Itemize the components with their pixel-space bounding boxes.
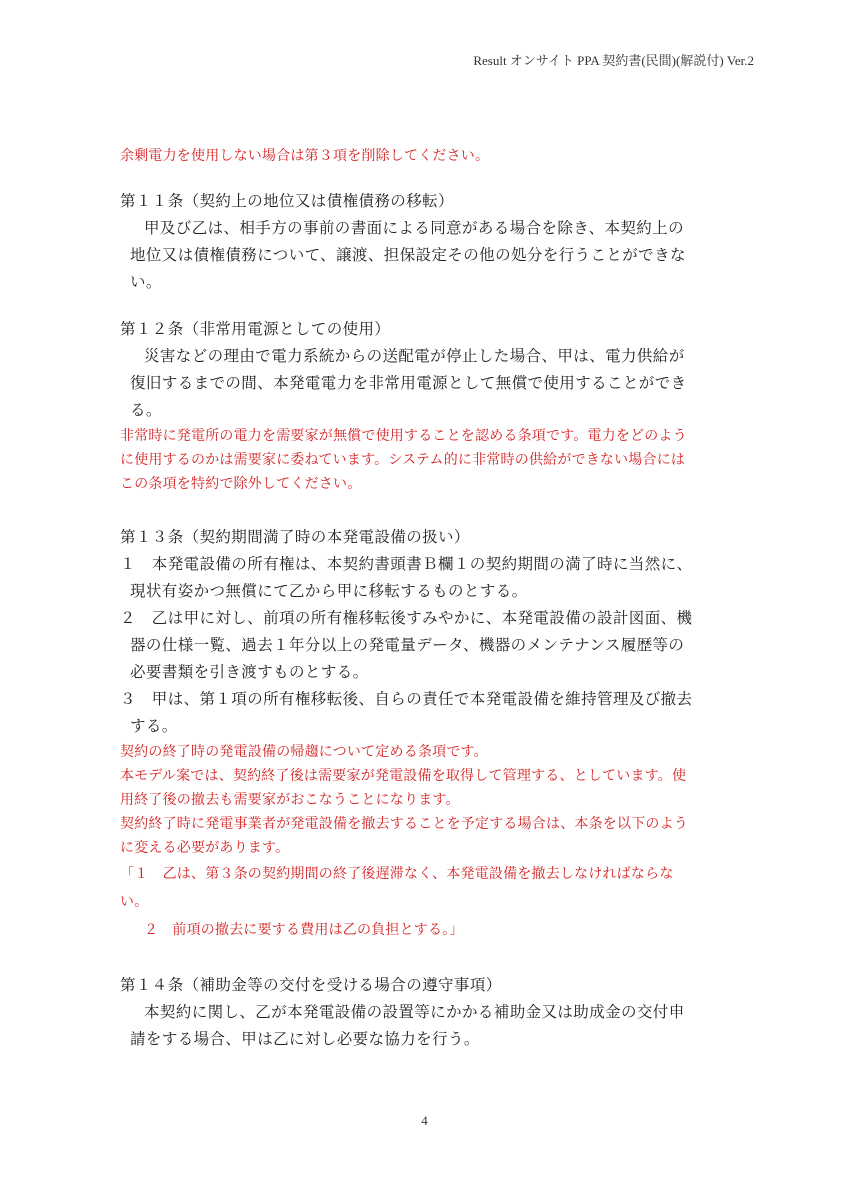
article-14-text: 請をする場合、甲は乙に対し必要な協力を行う。 [120, 1026, 730, 1053]
article-12-note: に使用するのかは需要家に委ねています。システム的に非常時の供給ができない場合には [120, 448, 730, 472]
article-11-text: い。 [120, 269, 730, 296]
page-number: 4 [0, 1113, 849, 1129]
article-13-item: 現状有姿かつ無償にて乙から甲に移転するものとする。 [120, 578, 730, 605]
article-12-text: 復旧するまでの間、本発電電力を非常用電源として無償で使用することができ [120, 370, 730, 397]
article-13-note: 用終了後の撤去も需要家がおこなうことになります。 [120, 788, 730, 812]
page-header: Result オンサイト PPA 契約書(民間)(解説付) Ver.2 [473, 50, 754, 69]
article-14-text: 本契約に関し、乙が本発電設備の設置等にかかる補助金又は助成金の交付申 [120, 999, 730, 1026]
article-12-text: 災害などの理由で電力系統からの送配電が停止した場合、甲は、電力供給が [120, 343, 730, 370]
article-13-note: 契約の終了時の発電設備の帰趨について定める条項です。 [120, 740, 730, 764]
article-11: 第１１条（契約上の地位又は債権債務の移転） 甲及び乙は、相手方の事前の書面による… [120, 188, 730, 296]
article-13: 第１３条（契約期間満了時の本発電設備の扱い） １ 本発電設備の所有権は、本契約書… [120, 524, 730, 944]
article-13-note: ２ 前項の撤去に要する費用は乙の負担とする。」 [120, 916, 730, 944]
article-13-note: い。 [120, 888, 730, 916]
article-14: 第１４条（補助金等の交付を受ける場合の遵守事項） 本契約に関し、乙が本発電設備の… [120, 972, 730, 1053]
article-13-note: 本モデル案では、契約終了後は需要家が発電設備を取得して管理する、としています。使 [120, 764, 730, 788]
article-12-text: る。 [120, 397, 730, 424]
article-13-item: ２ 乙は甲に対し、前項の所有権移転後すみやかに、本発電設備の設計図面、機 [120, 605, 730, 632]
article-13-note: 「１ 乙は、第３条の契約期間の終了後遅滞なく、本発電設備を撤去しなければならな [120, 860, 730, 888]
article-13-item: １ 本発電設備の所有権は、本契約書頭書Ｂ欄１の契約期間の満了時に当然に、 [120, 551, 730, 578]
note-delete-item3: 余剰電力を使用しない場合は第３項を削除してください。 [120, 144, 730, 168]
article-13-item: 器の仕様一覧、過去１年分以上の発電量データ、機器のメンテナンス履歴等の [120, 632, 730, 659]
article-13-title: 第１３条（契約期間満了時の本発電設備の扱い） [120, 524, 730, 551]
article-13-item: 必要書類を引き渡すものとする。 [120, 659, 730, 686]
article-13-note: に変える必要があります。 [120, 836, 730, 860]
article-13-note: 契約終了時に発電事業者が発電設備を撤去することを予定する場合は、本条を以下のよう [120, 812, 730, 836]
article-12-title: 第１２条（非常用電源としての使用） [120, 316, 730, 343]
article-13-item: する。 [120, 713, 730, 740]
document-body: 余剰電力を使用しない場合は第３項を削除してください。 第１１条（契約上の地位又は… [120, 144, 730, 1053]
article-12-note: この条項を特約で除外してください。 [120, 472, 730, 496]
article-11-text: 甲及び乙は、相手方の事前の書面による同意がある場合を除き、本契約上の [120, 215, 730, 242]
article-13-item: ３ 甲は、第１項の所有権移転後、自らの責任で本発電設備を維持管理及び撤去 [120, 686, 730, 713]
article-12-note: 非常時に発電所の電力を需要家が無償で使用することを認める条項です。電力をどのよう [120, 424, 730, 448]
article-11-title: 第１１条（契約上の地位又は債権債務の移転） [120, 188, 730, 215]
article-12: 第１２条（非常用電源としての使用） 災害などの理由で電力系統からの送配電が停止し… [120, 316, 730, 496]
article-14-title: 第１４条（補助金等の交付を受ける場合の遵守事項） [120, 972, 730, 999]
article-11-text: 地位又は債権債務について、譲渡、担保設定その他の処分を行うことができな [120, 242, 730, 269]
